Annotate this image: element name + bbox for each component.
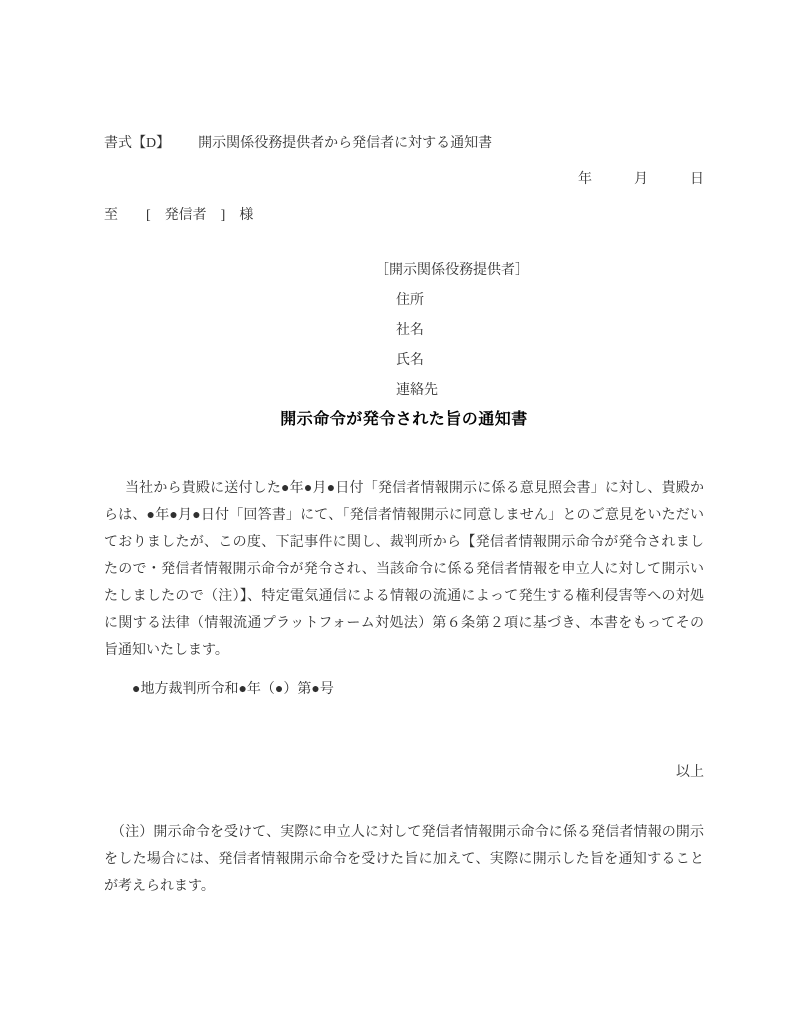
form-label: 書式【D】 — [104, 136, 170, 151]
closing-statement: 以上 — [104, 759, 704, 786]
provider-field-address: 住所 — [375, 286, 704, 316]
form-header: 書式【D】開示関係役務提供者から発信者に対する通知書 — [104, 134, 704, 154]
provider-header: ［開示関係役務提供者］ — [375, 256, 704, 286]
document-title: 開示命令が発令された旨の通知書 — [104, 408, 704, 432]
provider-field-company-name: 社名 — [375, 316, 704, 346]
provider-field-person-name: 氏名 — [375, 346, 704, 376]
case-number-line: ●地方裁判所令和●年（●）第●号 — [104, 676, 704, 703]
provider-block: ［開示関係役務提供者］ 住所 社名 氏名 連絡先 — [375, 256, 704, 406]
form-title: 開示関係役務提供者から発信者に対する通知書 — [198, 136, 492, 151]
date-line: 年 月 日 — [104, 170, 704, 190]
recipient-line: 至 [ 発信者 ] 様 — [104, 206, 704, 226]
body-paragraph: 当社から貴殿に送付した●年●月●日付「発信者情報開示に係る意見照会書」に対し、貴… — [104, 475, 704, 664]
note-paragraph: （注）開示命令を受けて、実際に申立人に対して発信者情報開示命令に係る発信者情報の… — [104, 819, 704, 900]
document-page: 書式【D】開示関係役務提供者から発信者に対する通知書 年 月 日 至 [ 発信者… — [0, 0, 788, 1024]
provider-field-contact: 連絡先 — [375, 376, 704, 406]
